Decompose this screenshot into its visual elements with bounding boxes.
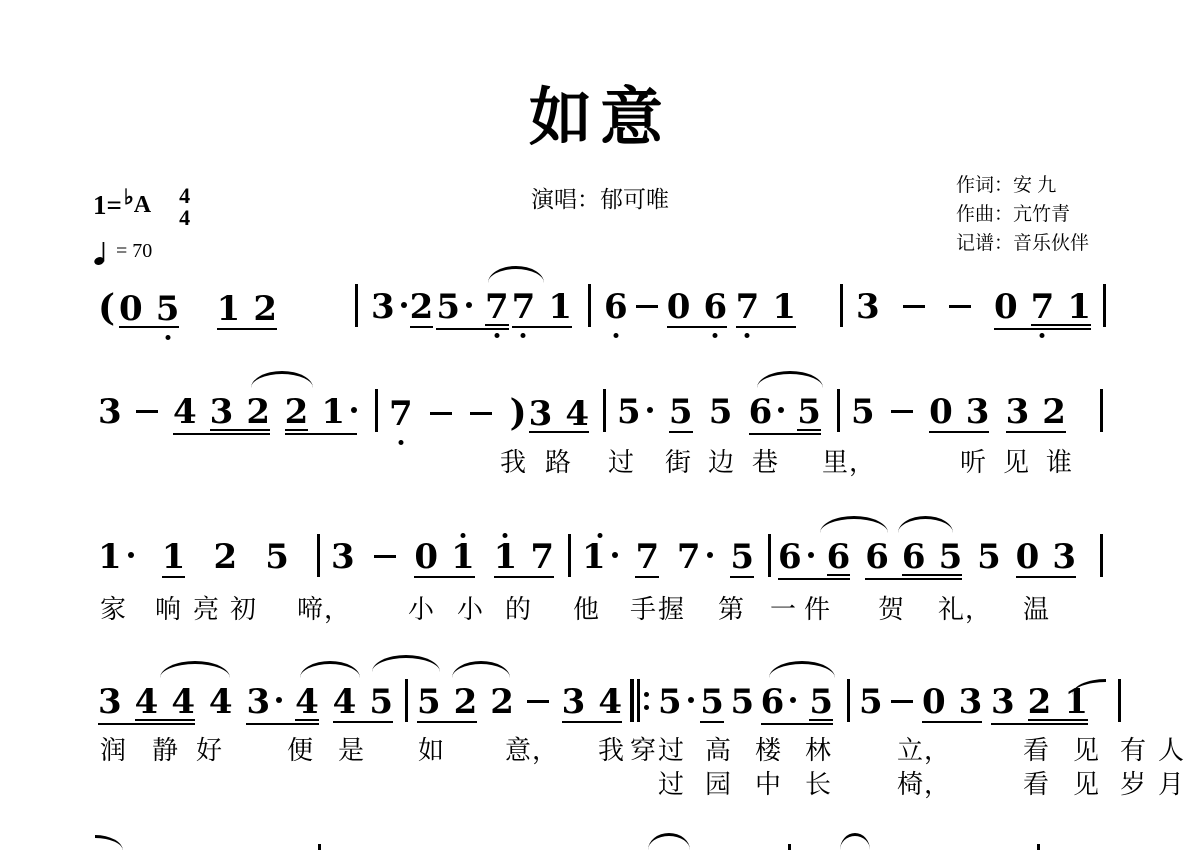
note: 6 — [604, 290, 628, 324]
note: 2 — [285, 395, 309, 429]
note: 3 — [371, 290, 407, 324]
augmentation-dot-icon — [647, 407, 653, 413]
note: 1 — [451, 540, 475, 574]
beam-underline: 1 — [162, 540, 186, 578]
note: 4 — [209, 685, 233, 719]
beam-group: 45 — [333, 685, 393, 723]
low-octave-dot-icon — [521, 333, 526, 338]
lyric-char: 家 — [100, 594, 127, 625]
dash-continuation — [470, 412, 492, 425]
lyric-char: 礼， — [938, 594, 992, 625]
beam-group: 7 — [485, 290, 509, 326]
note: 5 — [977, 540, 1001, 574]
note: 1 — [98, 540, 134, 574]
parenthesis: ( — [98, 290, 115, 326]
lyric-char: 园 — [705, 769, 732, 800]
measure: 7)34 — [375, 388, 603, 440]
lyric-char: 手 — [630, 594, 657, 625]
augmentation-dot-icon — [778, 407, 784, 413]
slur — [251, 371, 313, 388]
note: 5 — [851, 395, 875, 429]
slur-fragment — [840, 833, 870, 850]
lyric-char: 我 — [598, 735, 625, 766]
beam-group: 071 — [994, 290, 1091, 330]
note: 7 — [512, 290, 536, 324]
note: 5 — [369, 685, 393, 719]
note: 3 — [562, 685, 586, 719]
note: 5 — [436, 290, 472, 324]
note: 3 — [959, 685, 983, 719]
slur — [488, 266, 544, 283]
note: 2 — [1042, 395, 1066, 429]
repeat-bar-thick — [630, 679, 634, 722]
lyric-char: 人 — [1158, 735, 1185, 766]
lyric-char: 立， — [897, 735, 951, 766]
music-line: 3432217)345556550332 — [0, 388, 1200, 440]
note: 1 — [1067, 290, 1091, 324]
lyric-char: 过 — [658, 769, 685, 800]
lyric-char: 一 — [770, 594, 797, 625]
augmentation-dot-icon — [707, 552, 713, 558]
lyric-char: 我 — [500, 447, 527, 478]
measure: 66665503 — [768, 533, 1100, 585]
beam-group: 65 — [761, 685, 833, 725]
repeat-dots — [644, 692, 649, 710]
barline — [1118, 679, 1121, 722]
low-octave-dot-icon — [713, 333, 718, 338]
dash-continuation — [430, 412, 452, 425]
note: 3 — [246, 685, 282, 719]
note: 4 — [171, 685, 195, 719]
beam-group: 5 — [809, 685, 833, 721]
note: 5 — [859, 685, 883, 719]
music-line: 112530117177566665503 — [0, 533, 1200, 585]
note: 0 — [1016, 540, 1040, 574]
note: 5 — [417, 685, 441, 719]
note: 1 — [321, 395, 357, 429]
note: 0 — [922, 685, 946, 719]
augmentation-dot-icon — [276, 697, 282, 703]
lyric-char: 亮 — [193, 594, 220, 625]
low-octave-dot-icon — [398, 440, 403, 445]
lyric-char: 见 — [1003, 447, 1030, 478]
lyric-char: 里， — [822, 447, 876, 478]
lyric-char: 他 — [573, 594, 600, 625]
beam-group: 21 — [285, 395, 357, 435]
note: 3 — [991, 685, 1015, 719]
barline — [1103, 284, 1106, 327]
beam-group: 344 — [98, 685, 195, 725]
note: 2 — [1028, 685, 1052, 719]
note: 5 — [617, 395, 653, 429]
lyric-char: 长 — [805, 769, 832, 800]
beam-group: 71 — [736, 290, 796, 328]
note: 2 — [253, 292, 277, 326]
note: 1 — [772, 290, 796, 324]
note: 3 — [529, 397, 553, 431]
lyric-char: 月 — [1158, 769, 1185, 800]
beam-underline: 5 — [700, 685, 724, 723]
measure: 60671 — [588, 283, 840, 335]
lyric-char: 边 — [708, 447, 735, 478]
dash-continuation — [903, 305, 925, 318]
beam-group: 52 — [417, 685, 477, 723]
measure: (0512 — [98, 283, 355, 335]
beam-underline: 2 — [410, 290, 434, 328]
beam-group: (05 — [98, 290, 179, 328]
note: 1 — [582, 540, 618, 574]
slur — [300, 661, 360, 678]
note: 5 — [658, 685, 694, 719]
note: 5 — [730, 685, 754, 719]
augmentation-dot-icon — [808, 552, 814, 558]
note: 2 — [410, 290, 434, 324]
note: 7 — [1031, 290, 1055, 324]
high-octave-dot-icon — [597, 533, 602, 538]
augmentation-dot-icon — [466, 302, 472, 308]
beam-group: 05 — [119, 292, 179, 328]
measure: 55565 — [603, 388, 837, 440]
lyric-char: 静 — [152, 735, 179, 766]
lyric-char: 椅， — [897, 769, 951, 800]
note: 4 — [173, 395, 197, 429]
sheet-music-page: 如意 演唱：郁可唯 作词：安 九 作曲：亢竹青 记谱：音乐伙伴 1= ♭ A 4… — [0, 0, 1200, 850]
beam-group: 665 — [865, 540, 962, 580]
dash-continuation — [527, 700, 549, 713]
lyric-char: 见 — [1073, 735, 1100, 766]
beam-group: 6 — [827, 540, 851, 576]
note: 2 — [454, 685, 478, 719]
lyric-char: 过 — [658, 735, 685, 766]
note: 1 — [494, 540, 518, 574]
lyric-char: 意， — [505, 735, 559, 766]
note: 7 — [677, 540, 713, 574]
note: 2 — [214, 540, 238, 574]
note: 5 — [809, 685, 833, 719]
lyric-char: 路 — [545, 447, 572, 478]
barline-fragment — [1037, 844, 1040, 850]
lyric-char: 的 — [505, 594, 532, 625]
augmentation-dot-icon — [128, 552, 134, 558]
beam-group: 32 — [1006, 395, 1066, 433]
lyric-char: 谁 — [1046, 447, 1073, 478]
score-area: (05123257716067130713432217)345556550332… — [0, 0, 1200, 850]
dash-continuation — [949, 305, 971, 318]
note: 3 — [210, 395, 234, 429]
note: 5 — [939, 540, 963, 574]
lyric-char: 第 — [718, 594, 745, 625]
beam-group: 32 — [210, 395, 270, 431]
beam-underline: 5 — [730, 540, 754, 578]
beam-group: 4 — [295, 685, 319, 721]
note: 2 — [490, 685, 514, 719]
measure: 50332 — [837, 388, 1100, 440]
lyric-char: 过 — [608, 447, 635, 478]
lyric-char: 温 — [1023, 594, 1050, 625]
lyric-char: 如 — [418, 735, 445, 766]
beam-group: )34 — [510, 395, 589, 433]
beam-group: 34 — [529, 397, 589, 433]
note: 5 — [156, 292, 180, 326]
beam-underline: 5 — [669, 395, 693, 433]
beam-group: 65 — [749, 395, 821, 435]
barline — [1100, 534, 1103, 577]
note: 6 — [778, 540, 814, 574]
beam-group: 34 — [246, 685, 318, 725]
slur — [160, 661, 230, 678]
low-octave-dot-icon — [165, 335, 170, 340]
lyric-char: 楼 — [755, 735, 782, 766]
beam-group: 71 — [1031, 290, 1091, 326]
beam-group: 03 — [922, 685, 982, 723]
beam-group: 66 — [778, 540, 850, 580]
augmentation-dot-icon — [351, 407, 357, 413]
low-octave-dot-icon — [1040, 333, 1045, 338]
low-octave-dot-icon — [613, 333, 618, 338]
slur — [452, 661, 510, 678]
note: 5 — [709, 395, 733, 429]
lyric-char: 看 — [1023, 769, 1050, 800]
beam-underline: 7 — [635, 540, 659, 578]
measure: 325771 — [355, 283, 588, 335]
beam-group: 03 — [1016, 540, 1076, 578]
barline — [1100, 389, 1103, 432]
note: 4 — [135, 685, 159, 719]
note: 3 — [98, 685, 122, 719]
dash-continuation — [374, 555, 396, 568]
note: 3 — [856, 290, 880, 324]
repeat-begin-icon — [630, 679, 649, 722]
beam-group: 17 — [494, 540, 554, 578]
low-octave-dot-icon — [494, 333, 499, 338]
augmentation-dot-icon — [401, 302, 407, 308]
repeat-dot — [644, 692, 649, 697]
beam-group: 12 — [217, 292, 277, 330]
lyric-char: 啼， — [297, 594, 351, 625]
parenthesis: ) — [510, 395, 527, 431]
lyric-char: 初 — [230, 594, 257, 625]
note: 1 — [548, 290, 572, 324]
note: 7 — [736, 290, 760, 324]
note: 7 — [635, 540, 659, 574]
barline-fragment — [318, 844, 321, 850]
beam-group: 2 — [285, 395, 309, 431]
beam-group: 03 — [929, 395, 989, 433]
measure: 34443445 — [98, 678, 405, 730]
beam-group: 71 — [512, 290, 572, 328]
high-octave-dot-icon — [503, 533, 508, 538]
lyric-char: 握 — [658, 594, 685, 625]
measure: 3071 — [840, 283, 1103, 335]
note: 5 — [797, 395, 821, 429]
lyric-char: 是 — [338, 735, 365, 766]
music-line: 344434455223455565503321 — [0, 678, 1200, 730]
note: 1 — [162, 540, 186, 574]
beam-group: 06 — [667, 290, 727, 328]
note: 3 — [966, 395, 990, 429]
repeat-dot — [644, 705, 649, 710]
note: 0 — [667, 290, 691, 324]
lyric-char: 便 — [287, 735, 314, 766]
note: 4 — [295, 685, 319, 719]
dash-continuation — [136, 410, 158, 423]
beam-group: 65 — [902, 540, 962, 576]
dash-continuation — [891, 410, 913, 423]
note: 5 — [265, 540, 289, 574]
note: 3 — [1006, 395, 1030, 429]
lyric-char: 岁 — [1120, 769, 1147, 800]
lyric-char: 贺 — [878, 594, 905, 625]
slur — [372, 655, 440, 672]
note: 7 — [485, 290, 509, 324]
dash-continuation — [891, 700, 913, 713]
note: 4 — [333, 685, 357, 719]
low-octave-dot-icon — [745, 333, 750, 338]
measure: 343221 — [98, 388, 375, 440]
lyric-char: 中 — [755, 769, 782, 800]
note: 6 — [902, 540, 926, 574]
lyric-char: 见 — [1073, 769, 1100, 800]
lyric-char: 件 — [804, 594, 831, 625]
lyric-char: 穿 — [630, 735, 657, 766]
lyric-char: 看 — [1023, 735, 1050, 766]
slur — [757, 371, 823, 388]
beam-group: 57 — [436, 290, 508, 330]
note: 3 — [331, 540, 355, 574]
beam-group: 01 — [414, 540, 474, 578]
beam-group: 5 — [797, 395, 821, 431]
lyric-char: 高 — [705, 735, 732, 766]
note: 6 — [749, 395, 785, 429]
measure: 55565 — [656, 678, 847, 730]
tie-fragment — [95, 835, 123, 850]
barline-fragment — [788, 844, 791, 850]
note: 5 — [700, 685, 724, 719]
beam-group: 432 — [173, 395, 270, 435]
high-octave-dot-icon — [460, 533, 465, 538]
augmentation-dot-icon — [790, 697, 796, 703]
lyric-char: 巷 — [752, 447, 779, 478]
beam-group: 44 — [135, 685, 195, 721]
slur — [820, 516, 888, 533]
lyric-char: 听 — [960, 447, 987, 478]
lyric-char: 有 — [1120, 735, 1147, 766]
music-line: (0512325771606713071 — [0, 283, 1200, 335]
slur — [769, 661, 835, 678]
note: 2 — [246, 395, 270, 429]
augmentation-dot-icon — [688, 697, 694, 703]
lyric-char: 小 — [408, 594, 435, 625]
note: 4 — [598, 685, 622, 719]
note: 6 — [703, 290, 727, 324]
dash-continuation — [636, 305, 658, 318]
note: 7 — [389, 397, 413, 431]
note: 5 — [730, 540, 754, 574]
note: 4 — [565, 397, 589, 431]
lyric-char: 响 — [155, 594, 182, 625]
note: 0 — [119, 292, 143, 326]
measure: 1125 — [98, 533, 317, 585]
note: 0 — [994, 290, 1018, 324]
note: 6 — [827, 540, 851, 574]
slur-fragment — [648, 833, 690, 850]
note: 3 — [1052, 540, 1076, 574]
note: 7 — [530, 540, 554, 574]
lyric-char: 小 — [457, 594, 484, 625]
repeat-bar-thin — [637, 679, 640, 722]
lyric-char: 街 — [665, 447, 692, 478]
augmentation-dot-icon — [612, 552, 618, 558]
lyric-char: 好 — [196, 735, 223, 766]
lyric-char: 润 — [100, 735, 127, 766]
note: 5 — [669, 395, 693, 429]
beam-group: 34 — [562, 685, 622, 723]
note: 3 — [98, 395, 122, 429]
note: 1 — [217, 292, 241, 326]
note: 0 — [414, 540, 438, 574]
lyric-char: 林 — [805, 735, 832, 766]
note: 6 — [865, 540, 889, 574]
measure: 30117 — [317, 533, 568, 585]
note: 6 — [761, 685, 797, 719]
measure: 1775 — [568, 533, 768, 585]
note: 0 — [929, 395, 953, 429]
measure: 52234 — [405, 678, 630, 730]
slur — [898, 516, 953, 533]
